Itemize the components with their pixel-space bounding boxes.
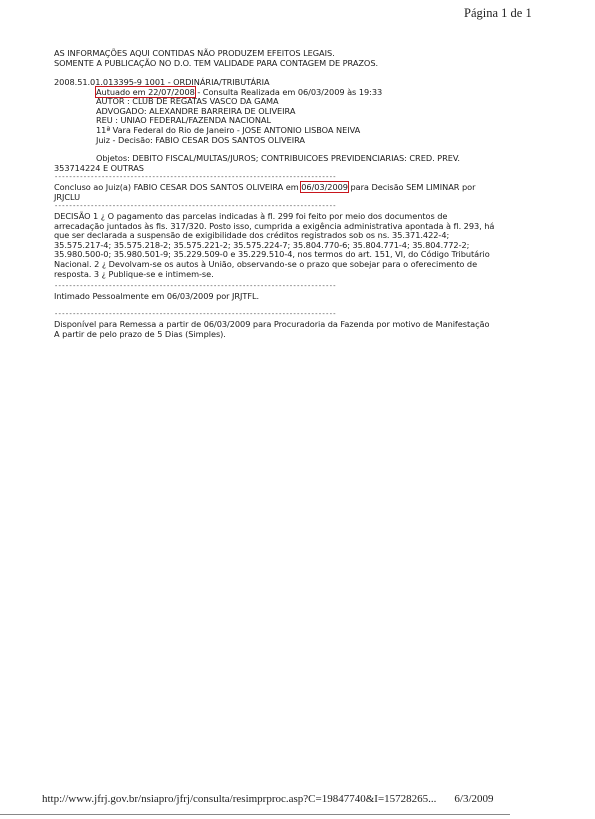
entry-intimado: ----------------------------------------… bbox=[54, 282, 499, 302]
entry-decisao: ----------------------------------------… bbox=[54, 210, 499, 279]
disponivel-line-2: A partir de pelo prazo de 5 Dias (Simple… bbox=[54, 330, 499, 340]
case-juiz: Juiz - Decisão: FABIO CESAR DOS SANTOS O… bbox=[54, 136, 382, 146]
entry-concluso: ----------------------------------------… bbox=[54, 174, 499, 202]
concluso-date-highlight: 06/03/2009 bbox=[301, 182, 348, 192]
entry-disponivel: ----------------------------------------… bbox=[54, 310, 499, 339]
separator: ----------------------------------------… bbox=[54, 202, 336, 210]
separator: ----------------------------------------… bbox=[54, 173, 336, 181]
scan-edge-line bbox=[0, 814, 510, 815]
concluso-prefix: Concluso ao Juiz(a) FABIO CESAR DOS SANT… bbox=[54, 182, 301, 192]
disclaimer-line-2: SOMENTE A PUBLICAÇÃO NO D.O. TEM VALIDAD… bbox=[54, 59, 378, 69]
case-header: 2008.51.01.013395-9 1001 - ORDINÁRIA/TRI… bbox=[54, 78, 382, 145]
consulta-info: - Consulta Realizada em 06/03/2009 às 19… bbox=[195, 87, 382, 97]
separator: ----------------------------------------… bbox=[54, 282, 336, 290]
intimado-text: Intimado Pessoalmente em 06/03/2009 por … bbox=[54, 292, 499, 302]
autuado-date-highlight: Autuado em 22/07/2008 bbox=[96, 87, 195, 97]
objetos-line-2: 353714224 E OUTRAS bbox=[54, 164, 494, 174]
separator: ----------------------------------------… bbox=[54, 310, 336, 318]
source-url: http://www.jfrj.gov.br/nsiapro/jfrj/cons… bbox=[42, 793, 436, 805]
print-date: 6/3/2009 bbox=[454, 793, 493, 805]
legal-disclaimer: AS INFORMAÇÕES AQUI CONTIDAS NÃO PRODUZE… bbox=[54, 49, 378, 68]
case-objects: Objetos: DEBITO FISCAL/MULTAS/JUROS; CON… bbox=[54, 154, 494, 173]
decisao-text: DECISÃO 1 ¿ O pagamento das parcelas ind… bbox=[54, 212, 499, 279]
print-footer: http://www.jfrj.gov.br/nsiapro/jfrj/cons… bbox=[42, 793, 494, 805]
page-number-header: Página 1 de 1 bbox=[464, 6, 532, 21]
concluso-text: Concluso ao Juiz(a) FABIO CESAR DOS SANT… bbox=[54, 183, 499, 202]
